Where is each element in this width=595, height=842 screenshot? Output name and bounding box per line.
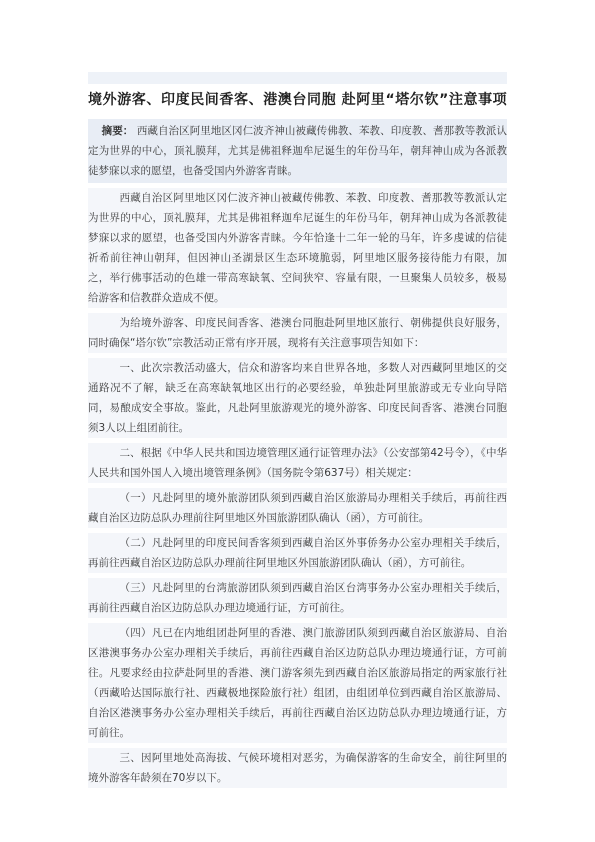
body-paragraph-item-2-sub-1: （一）凡赴阿里的境外旅游团队须到西藏自治区旅游局办理相关手续后，再前往西藏自治区… (88, 488, 507, 528)
body-paragraph-item-2-sub-2: （二）凡赴阿里的印度民间香客须到西藏自治区外事侨务办公室办理相关手续后，再前往西… (88, 533, 507, 573)
document-title: 境外游客、印度民间香客、港澳台同胞 赴阿里“塔尔钦”注意事项 (88, 92, 507, 108)
top-spacer-band (88, 72, 507, 84)
body-paragraph-item-2: 二、根据《中华人民共和国边境管理区通行证管理办法》（公安部第42号令），《中华人… (88, 443, 507, 483)
abstract-text: 西藏自治区阿里地区冈仁波齐神山被藏传佛教、苯教、印度教、耆那教等教派认定为世界的… (88, 125, 507, 177)
body-paragraph-overview: 西藏自治区阿里地区冈仁波齐神山被藏传佛教、苯教、印度教、耆那教等教派认定为世界的… (88, 188, 507, 308)
body-paragraph-item-3: 三、因阿里地处高海拔、气候环境相对恶劣，为确保游客的生命安全，前往阿里的境外游客… (88, 748, 507, 788)
body-paragraph-item-2-sub-4: （四）凡已在内地组团赴阿里的香港、澳门旅游团队须到西藏自治区旅游局、自治区港澳事… (88, 623, 507, 743)
document-page: 境外游客、印度民间香客、港澳台同胞 赴阿里“塔尔钦”注意事项 摘要： 西藏自治区… (0, 0, 595, 842)
abstract-block: 摘要： 西藏自治区阿里地区冈仁波齐神山被藏传佛教、苯教、印度教、耆那教等教派认定… (88, 119, 507, 183)
abstract-label: 摘要： (102, 125, 134, 137)
document-content: 境外游客、印度民间香客、港澳台同胞 赴阿里“塔尔钦”注意事项 摘要： 西藏自治区… (88, 72, 507, 793)
body-paragraph-intro: 为给境外游客、印度民间香客、港澳台同胞赴阿里地区旅行、朝佛提供良好服务，同时确保… (88, 313, 507, 353)
body-paragraph-item-2-sub-3: （三）凡赴阿里的台湾旅游团队须到西藏自治区台湾事务办公室办理相关手续后，再前往西… (88, 578, 507, 618)
body-paragraph-item-1: 一、此次宗教活动盛大，信众和游客均来自世界各地，多数人对西藏阿里地区的交通路况不… (88, 358, 507, 438)
